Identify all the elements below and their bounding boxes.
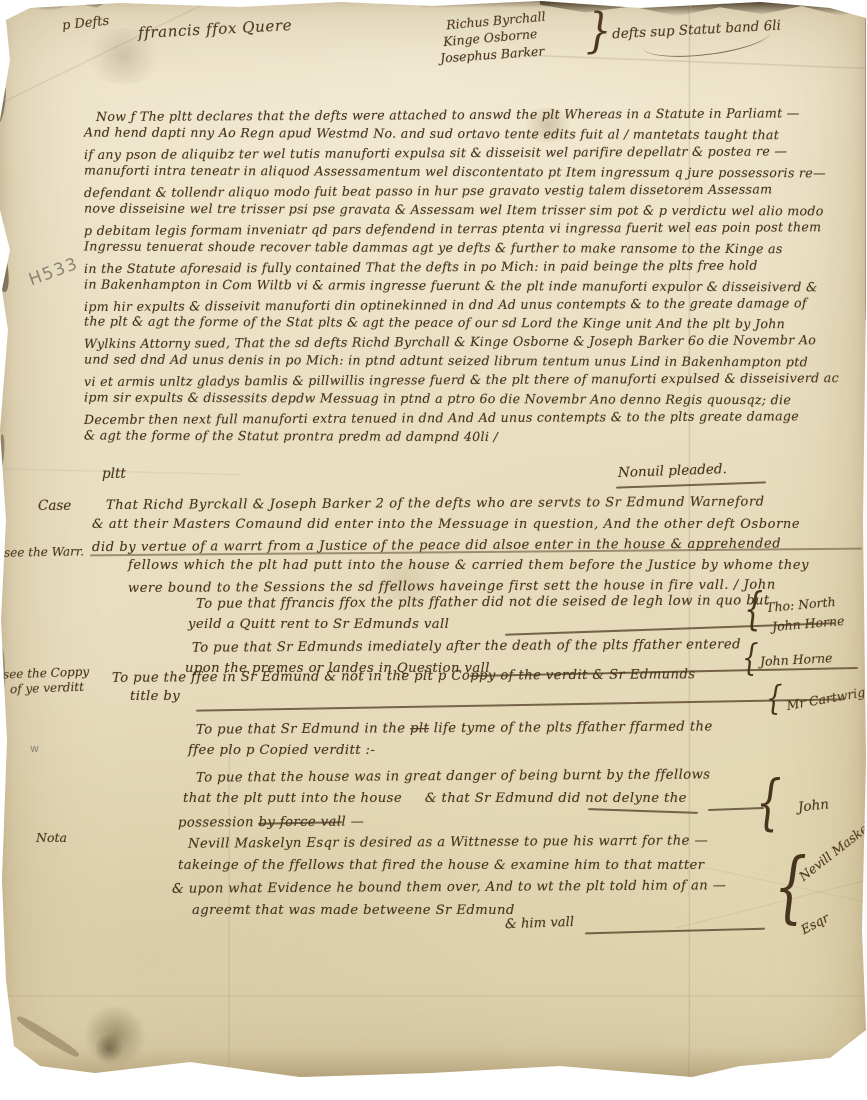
paper-edge-dark	[0, 300, 4, 334]
paper-edge-dark	[0, 246, 10, 293]
ink-rule	[585, 928, 765, 934]
margin-note-warrant: see the Warr.	[4, 544, 84, 559]
nota-line: agreemt that was made betweene Sr Edmund	[192, 900, 726, 923]
proof-line-part: life tyme of the plts ffather ffarmed th…	[429, 719, 713, 736]
witness-name: Mr Cartwright	[785, 682, 867, 713]
nota-line: takeinge of the ffellows that fired the …	[178, 855, 726, 878]
paper-edge-dark	[0, 1048, 867, 1080]
proof-item: To pue that Sr Edmund in the plt life ty…	[196, 718, 713, 762]
witness-brace-icon: {	[766, 680, 783, 719]
defendants-brace-icon: }	[586, 3, 611, 58]
proof-line: To pue that ffrancis ffox the plts ffath…	[196, 590, 770, 615]
paper-sheet: p Defts ffrancis ffox Quere Richus Byrch…	[0, 0, 867, 1084]
paper-edge-dark	[0, 434, 6, 474]
struck-word: plt	[410, 721, 429, 736]
crease-line	[0, 994, 867, 997]
proof-line: To pue the ffee in Sr Edmund & not in th…	[112, 665, 696, 689]
paper-edge-dark	[420, 0, 550, 8]
catalog-number: H533	[26, 254, 81, 290]
proof-line-part: To pue that Sr Edmund in the	[196, 721, 410, 737]
case-line: That Richd Byrckall & Joseph Barker 2 of…	[92, 492, 867, 517]
case-line: & att their Masters Comaund did enter in…	[92, 515, 867, 536]
nota-paragraph: Nevill Maskelyn Esqr is desired as a Wit…	[188, 832, 726, 922]
case-label: Case	[38, 498, 71, 514]
plea-nonsuit: Nonuil pleaded.	[618, 461, 727, 481]
proof-line: yeild a Quitt rent to Sr Edmunds vall	[188, 614, 770, 636]
plea-label: pltt	[102, 466, 126, 482]
declaration-line: & agt the forme of the Statut prontra pr…	[84, 427, 866, 449]
witness-name: John	[797, 796, 829, 815]
nota-label: Nota	[36, 830, 67, 845]
scan-background: { "marks": { "catalog_number": "H533", "…	[0, 0, 867, 1100]
paper-edge-dark	[0, 0, 110, 11]
ink-stain	[94, 1034, 124, 1062]
witness-brace-icon: {	[744, 583, 763, 636]
proof-line: ffee plo p Copied verditt :-	[188, 740, 713, 762]
proof-line: To pue that Sr Edmund in the plt life ty…	[196, 716, 713, 741]
proof-line: that the plt putt into the house & that …	[183, 788, 710, 810]
ink-rule	[616, 481, 766, 488]
witness-brace-icon: {	[756, 769, 781, 838]
pencil-mark: w	[30, 742, 39, 755]
proof-item: To pue the ffee in Sr Edmund & not in th…	[112, 667, 695, 707]
ink-stain	[84, 1004, 146, 1068]
declaration-paragraph: Now ƒ The pltt declares that the defts w…	[84, 106, 866, 447]
witness-brace-icon: {	[774, 843, 807, 933]
statute-note: defts sup Statut band 6li	[612, 18, 782, 43]
proof-line: title by	[130, 687, 695, 707]
nota-line: Nevill Maskelyn Esqr is desired as a Wit…	[188, 830, 726, 856]
paper-edge-dark	[0, 84, 8, 125]
witness-name: John Horne	[771, 613, 845, 634]
proof-line: To pue that Sr Edmunds imediately after …	[192, 634, 741, 659]
case-line: fellows which the plt had putt into the …	[128, 556, 867, 577]
proof-line: To pue that the house was in great dange…	[196, 764, 711, 790]
nota-line: & upon what Evidence he bound them over,…	[172, 875, 726, 901]
crease-line	[516, 53, 867, 69]
witness-brace-icon: {	[742, 638, 759, 680]
witness-name: John Horne	[760, 650, 833, 669]
header-note-defts: p Defts	[61, 14, 110, 34]
nota-line-tail: & him vall	[505, 915, 575, 932]
paper-edge-dark	[15, 1014, 81, 1060]
document-title: ffrancis ffox Quere	[138, 16, 293, 42]
margin-note-verdict: of ye verditt	[10, 680, 84, 697]
